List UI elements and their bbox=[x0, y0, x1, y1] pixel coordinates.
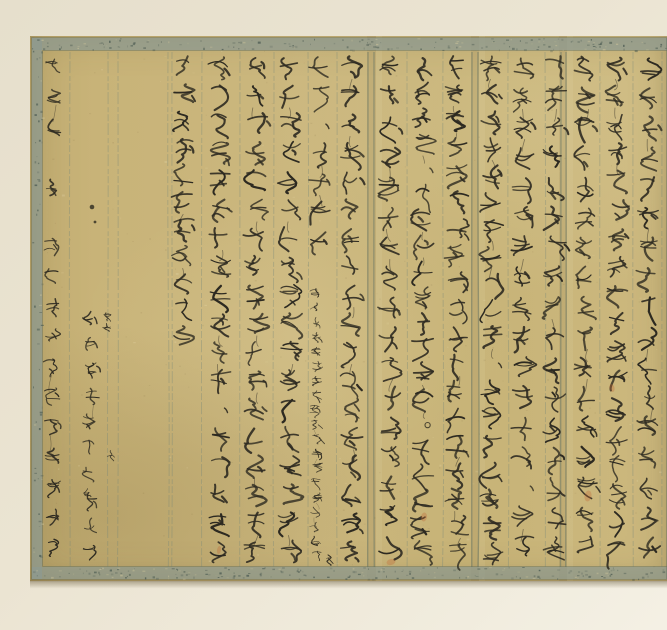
manuscript-photo bbox=[0, 0, 667, 630]
calligraphy-layer bbox=[0, 0, 667, 630]
